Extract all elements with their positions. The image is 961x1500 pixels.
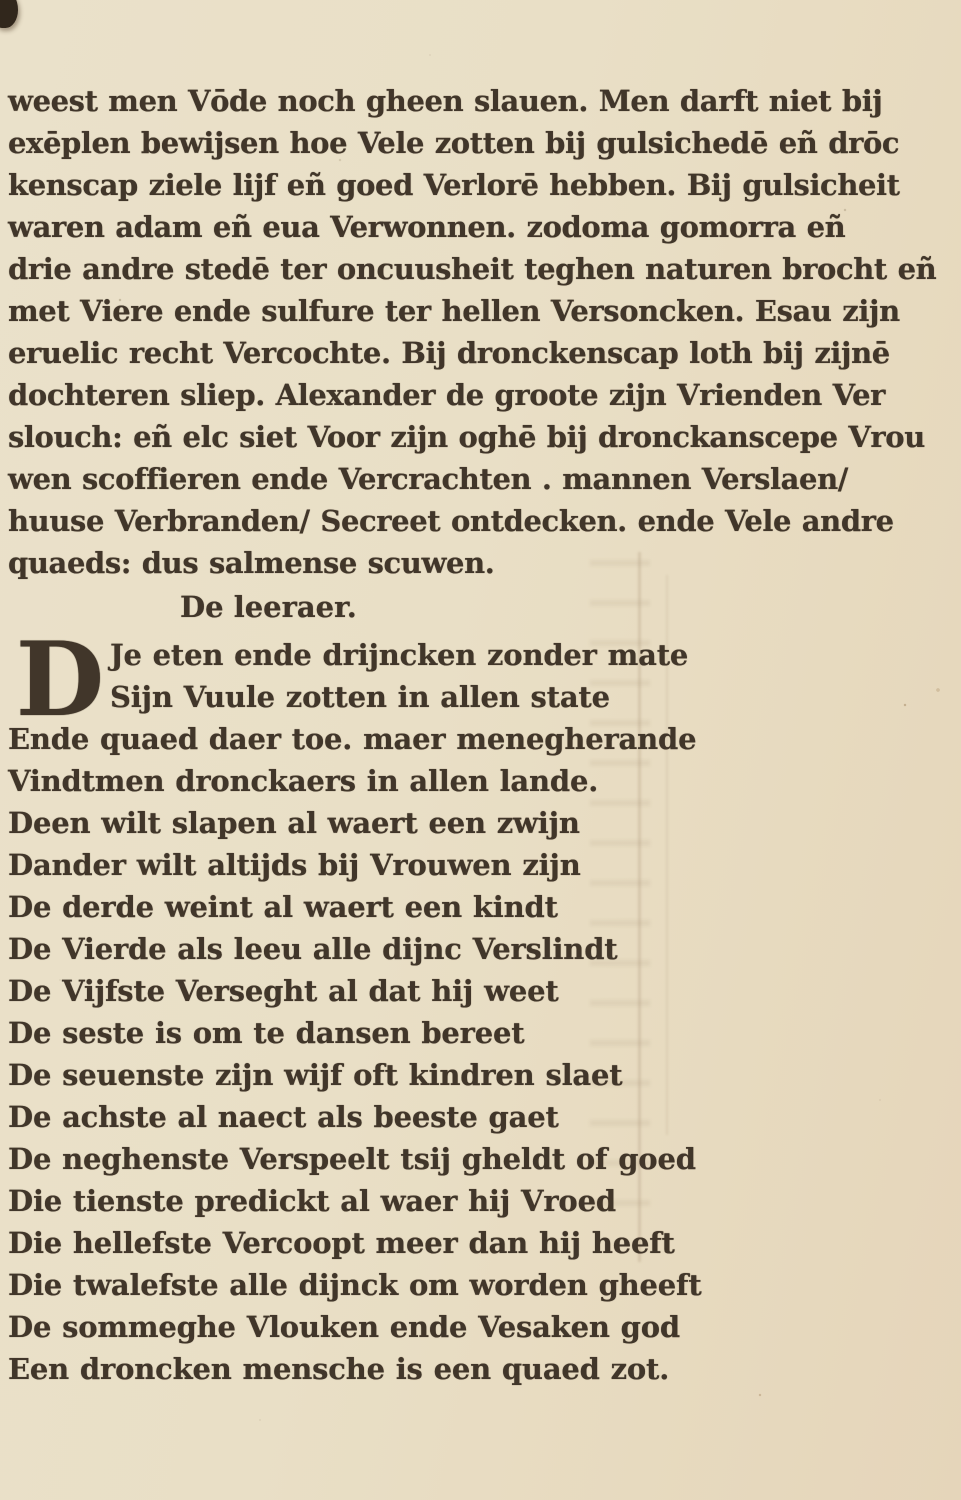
poem-line: Je eten ende drijncken zonder mate xyxy=(8,634,788,676)
poem-line: De Vierde als leeu alle dijnc Verslindt xyxy=(8,928,788,970)
prose-line: quaeds: dus salmense scuwen. xyxy=(8,542,788,584)
prose-line: dochteren sliep. Alexander de groote zij… xyxy=(8,374,788,416)
section-heading: De leeraer. xyxy=(8,586,788,628)
poem-line: De neghenste Verspeelt tsij gheldt of go… xyxy=(8,1138,788,1180)
drop-cap-initial: D xyxy=(10,638,110,722)
poem-line: Deen wilt slapen al waert een zwijn xyxy=(8,802,788,844)
poem-line: De achste al naect als beeste gaet xyxy=(8,1096,788,1138)
prose-line: wen scoffieren ende Vercrachten . mannen… xyxy=(8,458,788,500)
poem-line: Die hellefste Vercoopt meer dan hij heef… xyxy=(8,1222,788,1264)
prose-line: huuse Verbranden/ Secreet ontdecken. end… xyxy=(8,500,788,542)
poem-line: Sijn Vuule zotten in allen state xyxy=(8,676,788,718)
poem-line: Die tienste predickt al waer hij Vroed xyxy=(8,1180,788,1222)
poem-line: Die twalefste alle dijnck om worden ghee… xyxy=(8,1264,788,1306)
prose-line: eruelic recht Vercochte. Bij dronckensca… xyxy=(8,332,788,374)
poem-line: De derde weint al waert een kindt xyxy=(8,886,788,928)
book-page: weest men Vōde noch gheen slauen. Men da… xyxy=(0,0,961,1500)
corner-blemish xyxy=(0,0,18,28)
poem-line: Vindtmen dronckaers in allen lande. xyxy=(8,760,788,802)
text-block: weest men Vōde noch gheen slauen. Men da… xyxy=(8,80,788,1390)
prose-line: met Viere ende sulfure ter hellen Verson… xyxy=(8,290,788,332)
poem-line: De sommeghe Vlouken ende Vesaken god xyxy=(8,1306,788,1348)
poem-line: Ende quaed daer toe. maer menegherande xyxy=(8,718,788,760)
prose-line: drie andre stedē ter oncuusheit teghen n… xyxy=(8,248,788,290)
poem-line: De Vijfste Verseght al dat hij weet xyxy=(8,970,788,1012)
poem-line: Dander wilt altijds bij Vrouwen zijn xyxy=(8,844,788,886)
prose-line: exēplen bewijsen hoe Vele zotten bij gul… xyxy=(8,122,788,164)
poem-line: Een droncken mensche is een quaed zot. xyxy=(8,1348,788,1390)
poem-line: De seste is om te dansen bereet xyxy=(8,1012,788,1054)
poem-line: De seuenste zijn wijf oft kindren slaet xyxy=(8,1054,788,1096)
prose-line: slouch: eñ elc siet Voor zijn oghē bij d… xyxy=(8,416,788,458)
poem-block: D Je eten ende drijncken zonder mate Sij… xyxy=(8,634,788,1390)
prose-line: waren adam eñ eua Verwonnen. zodoma gomo… xyxy=(8,206,788,248)
prose-line: kenscap ziele lijf eñ goed Verlorē hebbe… xyxy=(8,164,788,206)
prose-line: weest men Vōde noch gheen slauen. Men da… xyxy=(8,80,788,122)
